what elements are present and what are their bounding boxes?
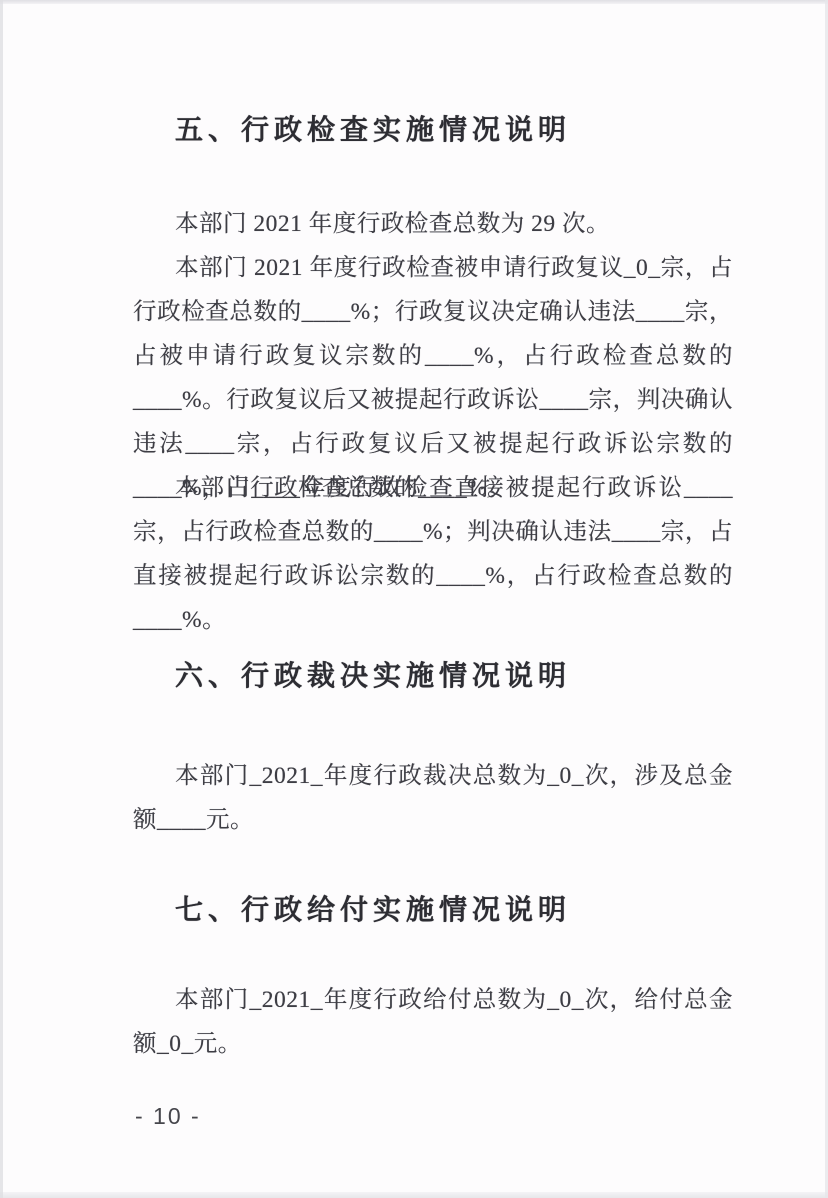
paragraph-inspection-total: 本部门 2021 年度行政检查总数为 29 次。 [133,202,733,246]
page-number: - 10 - [135,1103,201,1130]
paragraph-adjudication-total: 本部门_2021_年度行政裁决总数为_0_次，涉及总金额____元。 [133,754,733,842]
scan-edge-left [0,0,3,1198]
section-heading-administrative-adjudication: 六、行政裁决实施情况说明 [133,654,775,698]
scan-edge-bottom [0,1192,828,1198]
scanned-document-page: 五、行政检查实施情况说明 本部门 2021 年度行政检查总数为 29 次。 本部… [0,0,828,1198]
scan-edge-top [0,0,828,4]
paragraph-inspection-litigation-stats: 本部门____年度行政检查直接被提起行政诉讼____宗，占行政检查总数的____… [133,466,733,642]
paragraph-payment-total: 本部门_2021_年度行政给付总数为_0_次，给付总金额_0_元。 [133,978,733,1066]
section-heading-administrative-inspection: 五、行政检查实施情况说明 [133,108,775,152]
section-heading-administrative-payment: 七、行政给付实施情况说明 [133,888,775,932]
